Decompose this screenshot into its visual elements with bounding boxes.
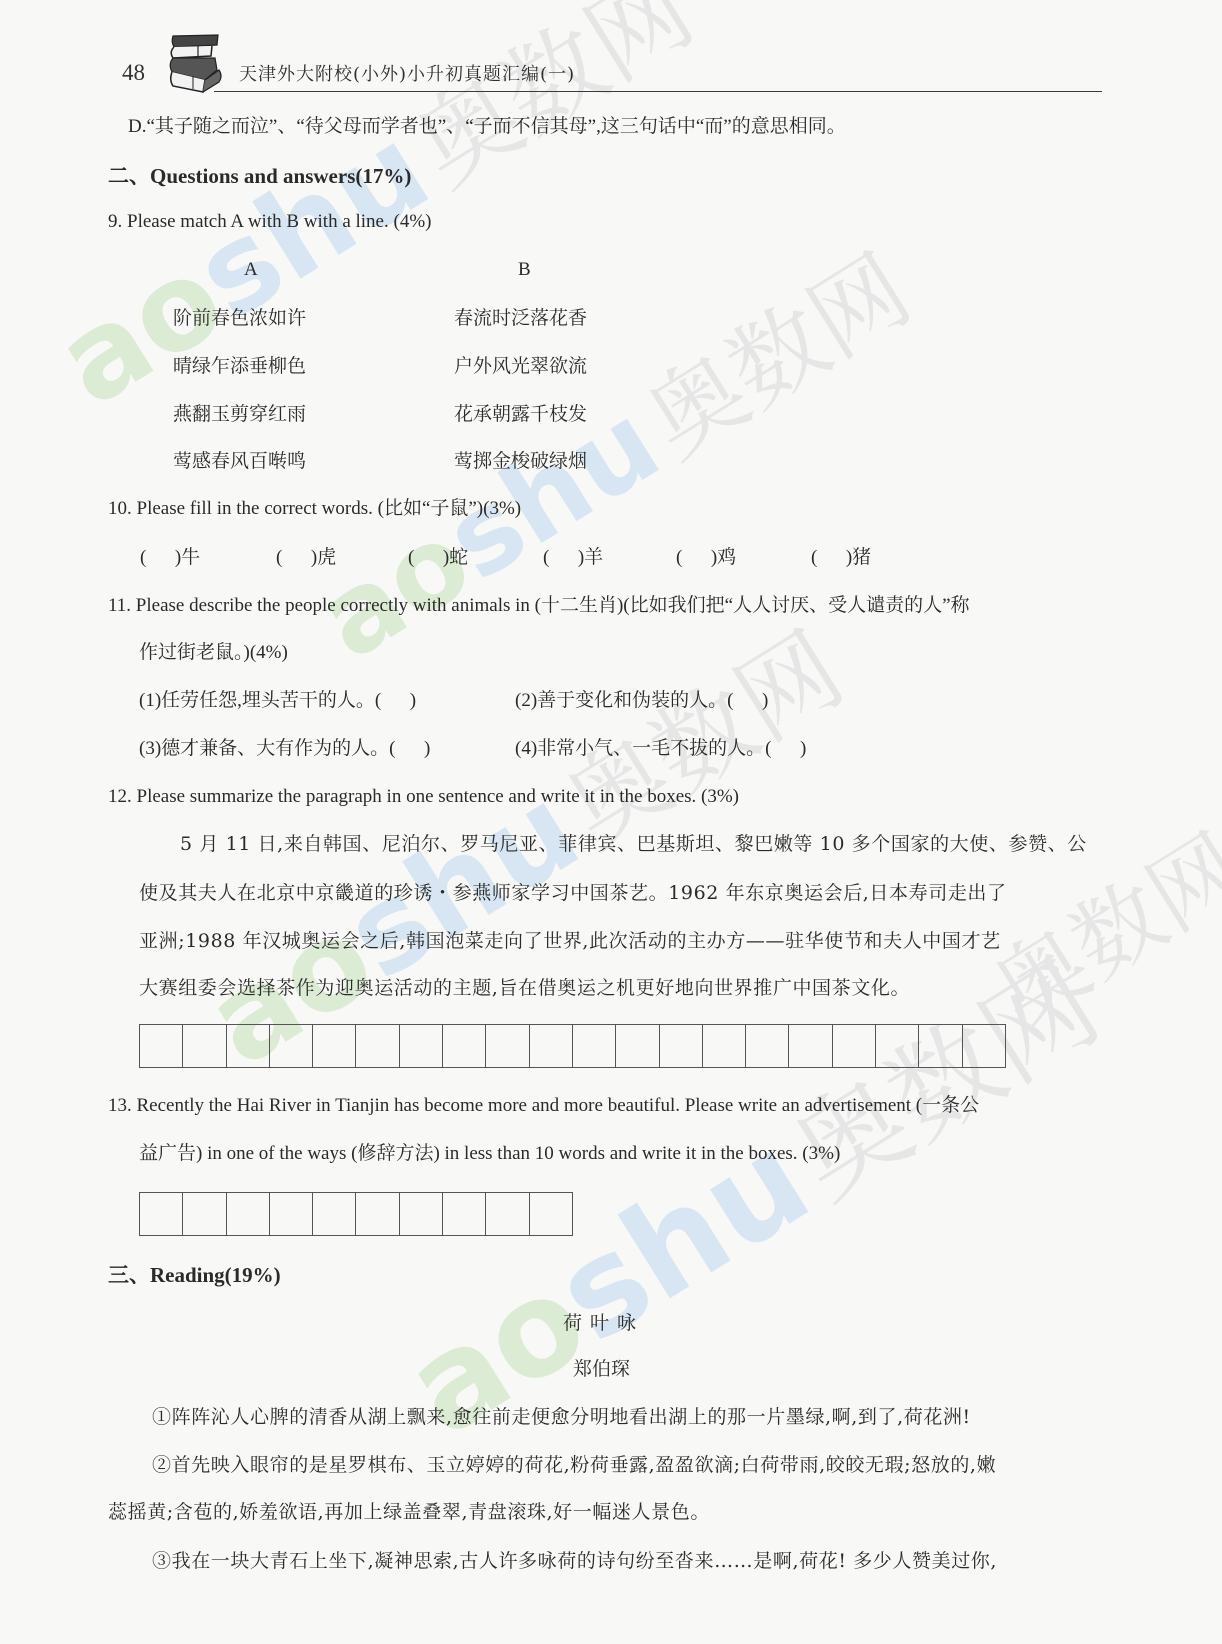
q9-prompt: 9. Please match A with B with a line. (4…	[108, 207, 431, 237]
answer-box[interactable]	[919, 1024, 962, 1068]
q12-paragraph-line: 使及其夫人在北京中京畿道的珍诱・参燕师家学习中国茶艺。1962 年东京奥运会后,…	[139, 878, 1007, 908]
reading-paragraph-3: ③我在一块大青石上坐下,凝神思索,古人许多咏荷的诗句纷至沓来……是啊,荷花! 多…	[152, 1546, 997, 1576]
answer-box[interactable]	[963, 1024, 1006, 1068]
zodiac-blank-goat[interactable]: ( )羊	[543, 543, 603, 573]
q11-item-3: (3)德才兼备、大有作为的人。( )	[139, 734, 430, 764]
q11-item-1: (1)任劳任怨,埋头苦干的人。( )	[139, 686, 416, 716]
reading-paragraph-1: ①阵阵沁人心脾的清香从湖上飘来,愈往前走便愈分明地看出湖上的那一片墨绿,啊,到了…	[152, 1402, 971, 1432]
reading-title: 荷叶咏	[563, 1308, 644, 1338]
reading-paragraph-2: ②首先映入眼帘的是星罗棋布、玉立婷婷的荷花,粉荷垂露,盈盈欲滴;白荷带雨,皎皎无…	[152, 1450, 996, 1480]
q13-answer-boxes[interactable]	[139, 1192, 573, 1236]
q9-b-item: 户外风光翠欲流	[454, 351, 587, 381]
exam-page: 48 天津外大附校(小外)小升初真题汇编(一) D.“其子随之而泣”、“待父母而…	[0, 0, 1222, 1644]
answer-box[interactable]	[227, 1024, 270, 1068]
answer-box[interactable]	[746, 1024, 789, 1068]
answer-box[interactable]	[140, 1192, 183, 1236]
answer-box[interactable]	[530, 1024, 573, 1068]
option-d: D.“其子随之而泣”、“待父母而学者也”、“子而不信其母”,这三句话中“而”的意…	[128, 112, 846, 142]
answer-box[interactable]	[313, 1024, 356, 1068]
section-heading-reading: 三、Reading(19%)	[108, 1260, 281, 1290]
q10-zodiac-row: ( )牛 ( )虎 ( )蛇 ( )羊 ( )鸡 ( )猪	[0, 543, 1222, 573]
section-heading-questions: 二、Questions and answers(17%)	[108, 161, 411, 191]
answer-box[interactable]	[227, 1192, 270, 1236]
q9-b-item: 花承朝露千枝发	[454, 399, 587, 429]
q12-paragraph-line: 大赛组委会选择茶作为迎奥运活动的主题,旨在借奥运之机更好地向世界推广中国茶文化。	[139, 973, 910, 1003]
zodiac-blank-rooster[interactable]: ( )鸡	[676, 543, 736, 573]
q9-b-item: 春流时泛落花香	[454, 303, 587, 333]
answer-box[interactable]	[183, 1024, 226, 1068]
answer-box[interactable]	[183, 1192, 226, 1236]
q13-prompt-line: 益广告) in one of the ways (修辞方法) in less t…	[139, 1139, 840, 1169]
reading-author: 郑伯琛	[573, 1354, 630, 1384]
answer-box[interactable]	[486, 1192, 529, 1236]
answer-box[interactable]	[530, 1192, 573, 1236]
answer-box[interactable]	[443, 1192, 486, 1236]
answer-box[interactable]	[270, 1192, 313, 1236]
q12-answer-boxes[interactable]	[139, 1024, 1006, 1068]
q11-answer-blank[interactable]: ( )	[375, 690, 416, 711]
zodiac-blank-tiger[interactable]: ( )虎	[276, 543, 336, 573]
answer-box[interactable]	[356, 1192, 399, 1236]
answer-box[interactable]	[660, 1024, 703, 1068]
answer-box[interactable]	[573, 1024, 616, 1068]
q12-paragraph-line: 亚洲;1988 年汉城奥运会之后,韩国泡菜走向了世界,此次活动的主办方——驻华使…	[139, 926, 1001, 956]
header-divider	[214, 91, 1102, 92]
q11-item-4: (4)非常小气、一毛不拔的人。( )	[515, 734, 806, 764]
answer-box[interactable]	[833, 1024, 876, 1068]
answer-box[interactable]	[313, 1192, 356, 1236]
q11-answer-blank[interactable]: ( )	[727, 690, 768, 711]
page-number: 48	[122, 58, 145, 88]
running-title: 天津外大附校(小外)小升初真题汇编(一)	[239, 61, 575, 89]
answer-box[interactable]	[876, 1024, 919, 1068]
q11-prompt-line: 作过街老鼠。)(4%)	[139, 638, 288, 668]
q11-prompt-line: 11. Please describe the people correctly…	[108, 591, 970, 621]
zodiac-blank-pig[interactable]: ( )猪	[811, 543, 871, 573]
zodiac-blank-snake[interactable]: ( )蛇	[408, 543, 468, 573]
answer-box[interactable]	[356, 1024, 399, 1068]
answer-box[interactable]	[789, 1024, 832, 1068]
answer-box[interactable]	[703, 1024, 746, 1068]
answer-box[interactable]	[400, 1024, 443, 1068]
q12-paragraph-line: 5 月 11 日,来自韩国、尼泊尔、罗马尼亚、菲律宾、巴基斯坦、黎巴嫩等 10 …	[180, 829, 1087, 859]
q9-column-a-header: A	[244, 255, 258, 285]
q9-b-item: 莺掷金梭破绿烟	[454, 446, 587, 476]
q10-prompt: 10. Please fill in the correct words. (比…	[108, 494, 521, 524]
q9-a-item: 晴绿乍添垂柳色	[173, 351, 306, 381]
answer-box[interactable]	[616, 1024, 659, 1068]
zodiac-blank-ox[interactable]: ( )牛	[140, 543, 200, 573]
q9-a-item: 阶前春色浓如许	[173, 303, 306, 333]
answer-box[interactable]	[400, 1192, 443, 1236]
stacked-books-icon	[165, 32, 225, 94]
q12-prompt: 12. Please summarize the paragraph in on…	[108, 782, 739, 812]
q9-column-b-header: B	[518, 255, 531, 285]
q11-answer-blank[interactable]: ( )	[389, 738, 430, 759]
reading-paragraph-2-cont: 蕊摇黄;含苞的,娇羞欲语,再加上绿盖叠翠,青盘滚珠,好一幅迷人景色。	[108, 1497, 710, 1527]
q13-prompt-line: 13. Recently the Hai River in Tianjin ha…	[108, 1091, 979, 1121]
q11-answer-blank[interactable]: ( )	[765, 738, 806, 759]
q11-item-2: (2)善于变化和伪装的人。( )	[515, 686, 768, 716]
q9-a-item: 燕翻玉剪穿红雨	[173, 399, 306, 429]
answer-box[interactable]	[140, 1024, 183, 1068]
answer-box[interactable]	[486, 1024, 529, 1068]
answer-box[interactable]	[443, 1024, 486, 1068]
q9-a-item: 莺感春风百啭鸣	[173, 446, 306, 476]
answer-box[interactable]	[270, 1024, 313, 1068]
